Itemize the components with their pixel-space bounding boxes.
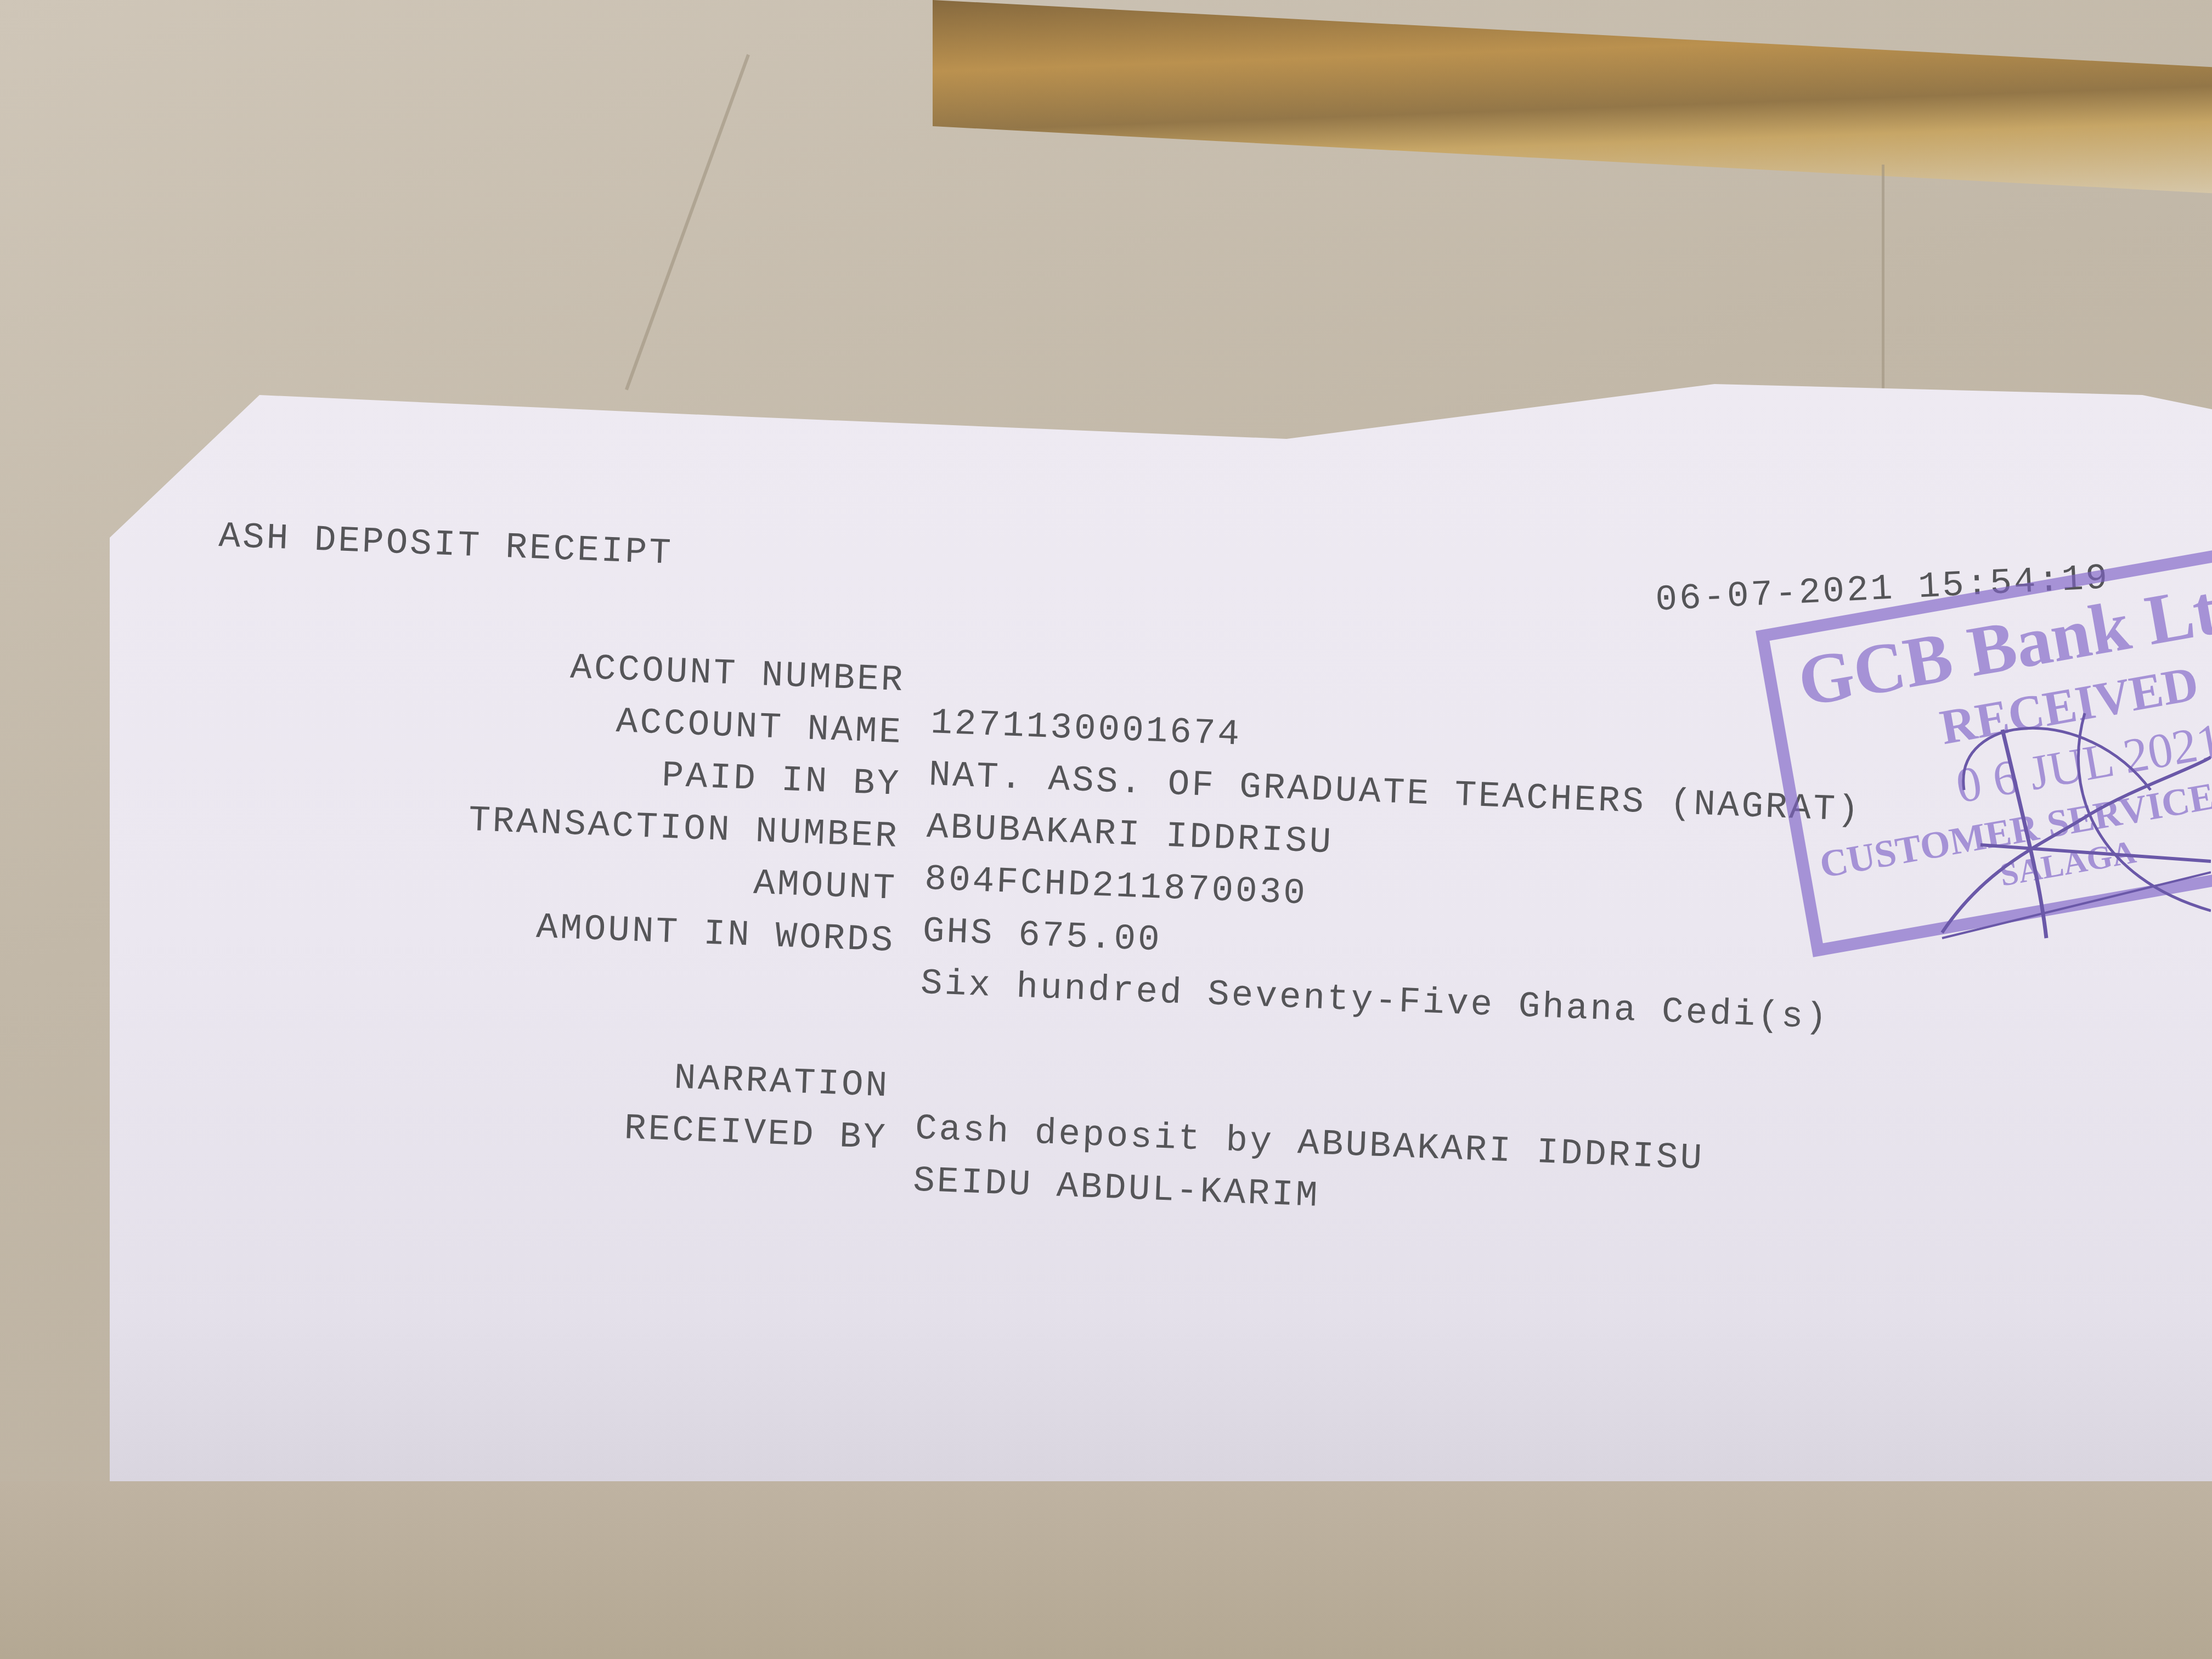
field-value: SEIDU ABDUL-KARIM bbox=[912, 1160, 1321, 1216]
signature-icon bbox=[1920, 680, 2211, 966]
field-value: Six hundred Seventy-Five Ghana Cedi(s) bbox=[920, 963, 1830, 1039]
field-label: AMOUNT IN WORDS bbox=[535, 907, 896, 962]
table-surface bbox=[0, 1481, 2212, 1659]
field-label: RECEIVED BY bbox=[624, 1108, 888, 1159]
wooden-surface bbox=[933, 0, 2212, 193]
surface-crack bbox=[625, 54, 750, 391]
